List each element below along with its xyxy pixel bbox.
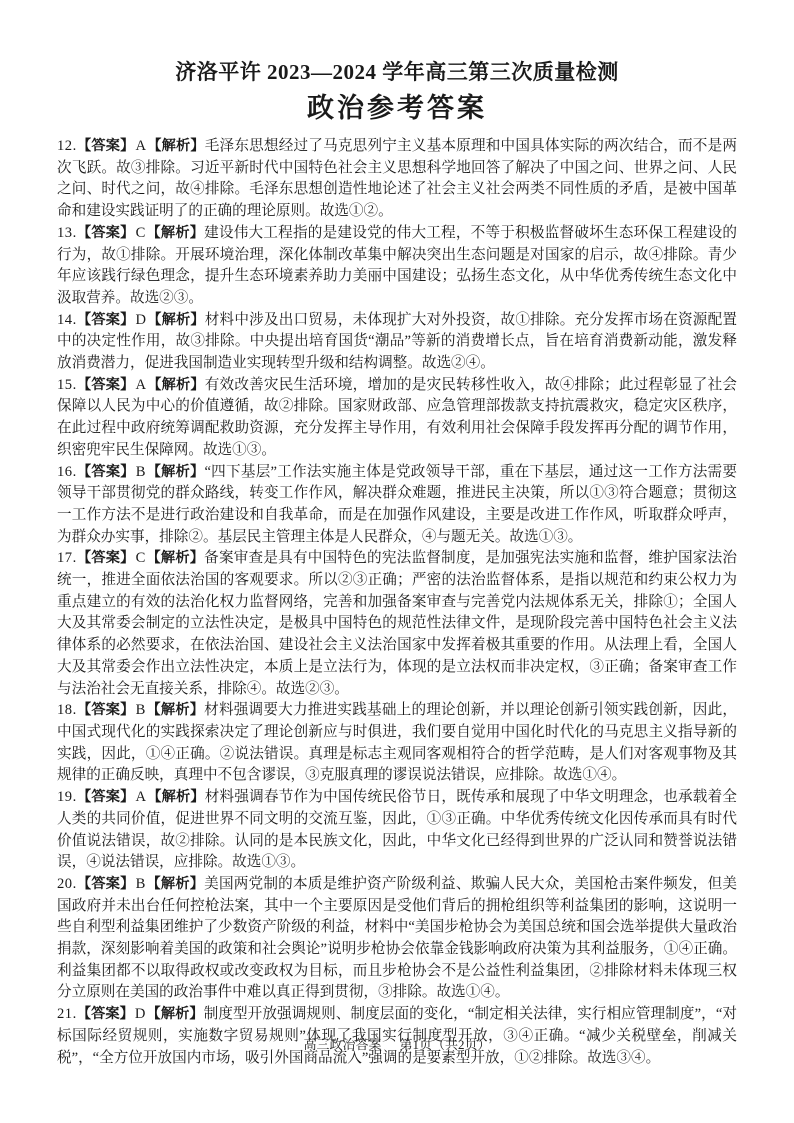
footer-doc-name: 高三政治答案	[303, 1037, 381, 1052]
analysis-label: 【解析】	[147, 377, 205, 393]
answer-item-18: 18.【答案】B【解析】材料强调要大力推进实践基础上的理论创新，并以理论创新引领…	[57, 700, 737, 787]
question-number: 13.	[57, 225, 77, 241]
answer-item-13: 13.【答案】C【解析】建设伟大工程指的是建设党的伟大工程，不等于积极监督破坏生…	[57, 223, 737, 310]
answer-item-12: 12.【答案】A【解析】毛泽东思想经过了马克思列宁主义基本原理和中国具体实际的两…	[57, 136, 737, 223]
answer-letter: A	[134, 138, 147, 154]
analysis-label: 【解析】	[146, 550, 204, 566]
answer-letter: B	[135, 464, 147, 480]
answer-item-16: 16.【答案】B【解析】“四下基层”工作法实施主体是党政领导干部，重在下基层，通…	[57, 462, 737, 549]
answer-label: 【答案】	[77, 464, 135, 480]
answer-label: 【答案】	[77, 377, 135, 393]
question-number: 14.	[57, 312, 77, 328]
answer-item-15: 15.【答案】A【解析】有效改善灾民生活环境，增加的是灾民转移性收入，故④排除；…	[57, 375, 737, 462]
analysis-label: 【解析】	[146, 464, 204, 480]
analysis-label: 【解析】	[146, 876, 204, 892]
answer-item-17: 17.【答案】C【解析】备案审查是具有中国特色的宪法监督制度，是加强宪法实施和监…	[57, 548, 737, 700]
answer-letter: A	[134, 377, 147, 393]
page-footer: 高三政治答案第1页（共2页）	[0, 1036, 794, 1054]
answer-letter: D	[134, 1006, 147, 1022]
answer-letter: C	[135, 225, 147, 241]
answer-letter: C	[135, 550, 147, 566]
analysis-text: 美国两党制的本质是维护资产阶级利益、欺骗人民大众，美国枪击案件频发，但美国政府并…	[57, 876, 737, 1001]
document-page: 济洛平许 2023—2024 学年高三第三次质量检测 政治参考答案 12.【答案…	[0, 0, 794, 1123]
question-number: 17.	[57, 550, 77, 566]
answer-letter: B	[135, 876, 147, 892]
answer-label: 【答案】	[77, 225, 135, 241]
answer-label: 【答案】	[77, 312, 135, 328]
answer-label: 【答案】	[77, 702, 135, 718]
question-number: 21.	[57, 1006, 77, 1022]
question-number: 12.	[57, 138, 77, 154]
analysis-label: 【解析】	[146, 225, 204, 241]
analysis-label: 【解析】	[147, 138, 205, 154]
question-number: 20.	[57, 876, 77, 892]
answer-letter: A	[134, 789, 147, 805]
analysis-label: 【解析】	[147, 789, 205, 805]
answer-label: 【答案】	[77, 550, 135, 566]
answer-letter: D	[134, 312, 147, 328]
analysis-text: 备案审查是具有中国特色的宪法监督制度，是加强宪法实施和监督，维护国家法治统一，推…	[57, 550, 737, 696]
answer-label: 【答案】	[77, 1006, 134, 1022]
answer-label: 【答案】	[77, 138, 135, 154]
question-number: 18.	[57, 702, 77, 718]
answer-item-14: 14.【答案】D【解析】材料中涉及出口贸易，未体现扩大对外投资，故①排除。充分发…	[57, 310, 737, 375]
question-number: 15.	[57, 377, 77, 393]
footer-page-number: 第1页（共2页）	[400, 1037, 491, 1052]
answer-item-20: 20.【答案】B【解析】美国两党制的本质是维护资产阶级利益、欺骗人民大众，美国枪…	[57, 874, 737, 1004]
answer-label: 【答案】	[77, 876, 135, 892]
answer-label: 【答案】	[77, 789, 135, 805]
question-number: 16.	[57, 464, 77, 480]
analysis-label: 【解析】	[146, 702, 204, 718]
analysis-label: 【解析】	[147, 312, 205, 328]
exam-title: 济洛平许 2023—2024 学年高三第三次质量检测	[57, 58, 737, 86]
question-number: 19.	[57, 789, 77, 805]
answer-letter: B	[135, 702, 147, 718]
analysis-label: 【解析】	[146, 1006, 203, 1022]
answer-item-19: 19.【答案】A【解析】材料强调春节作为中国传统民俗节日，既传承和展现了中华文明…	[57, 787, 737, 874]
subject-title: 政治参考答案	[57, 90, 737, 126]
document-content: 济洛平许 2023—2024 学年高三第三次质量检测 政治参考答案 12.【答案…	[0, 0, 794, 1069]
